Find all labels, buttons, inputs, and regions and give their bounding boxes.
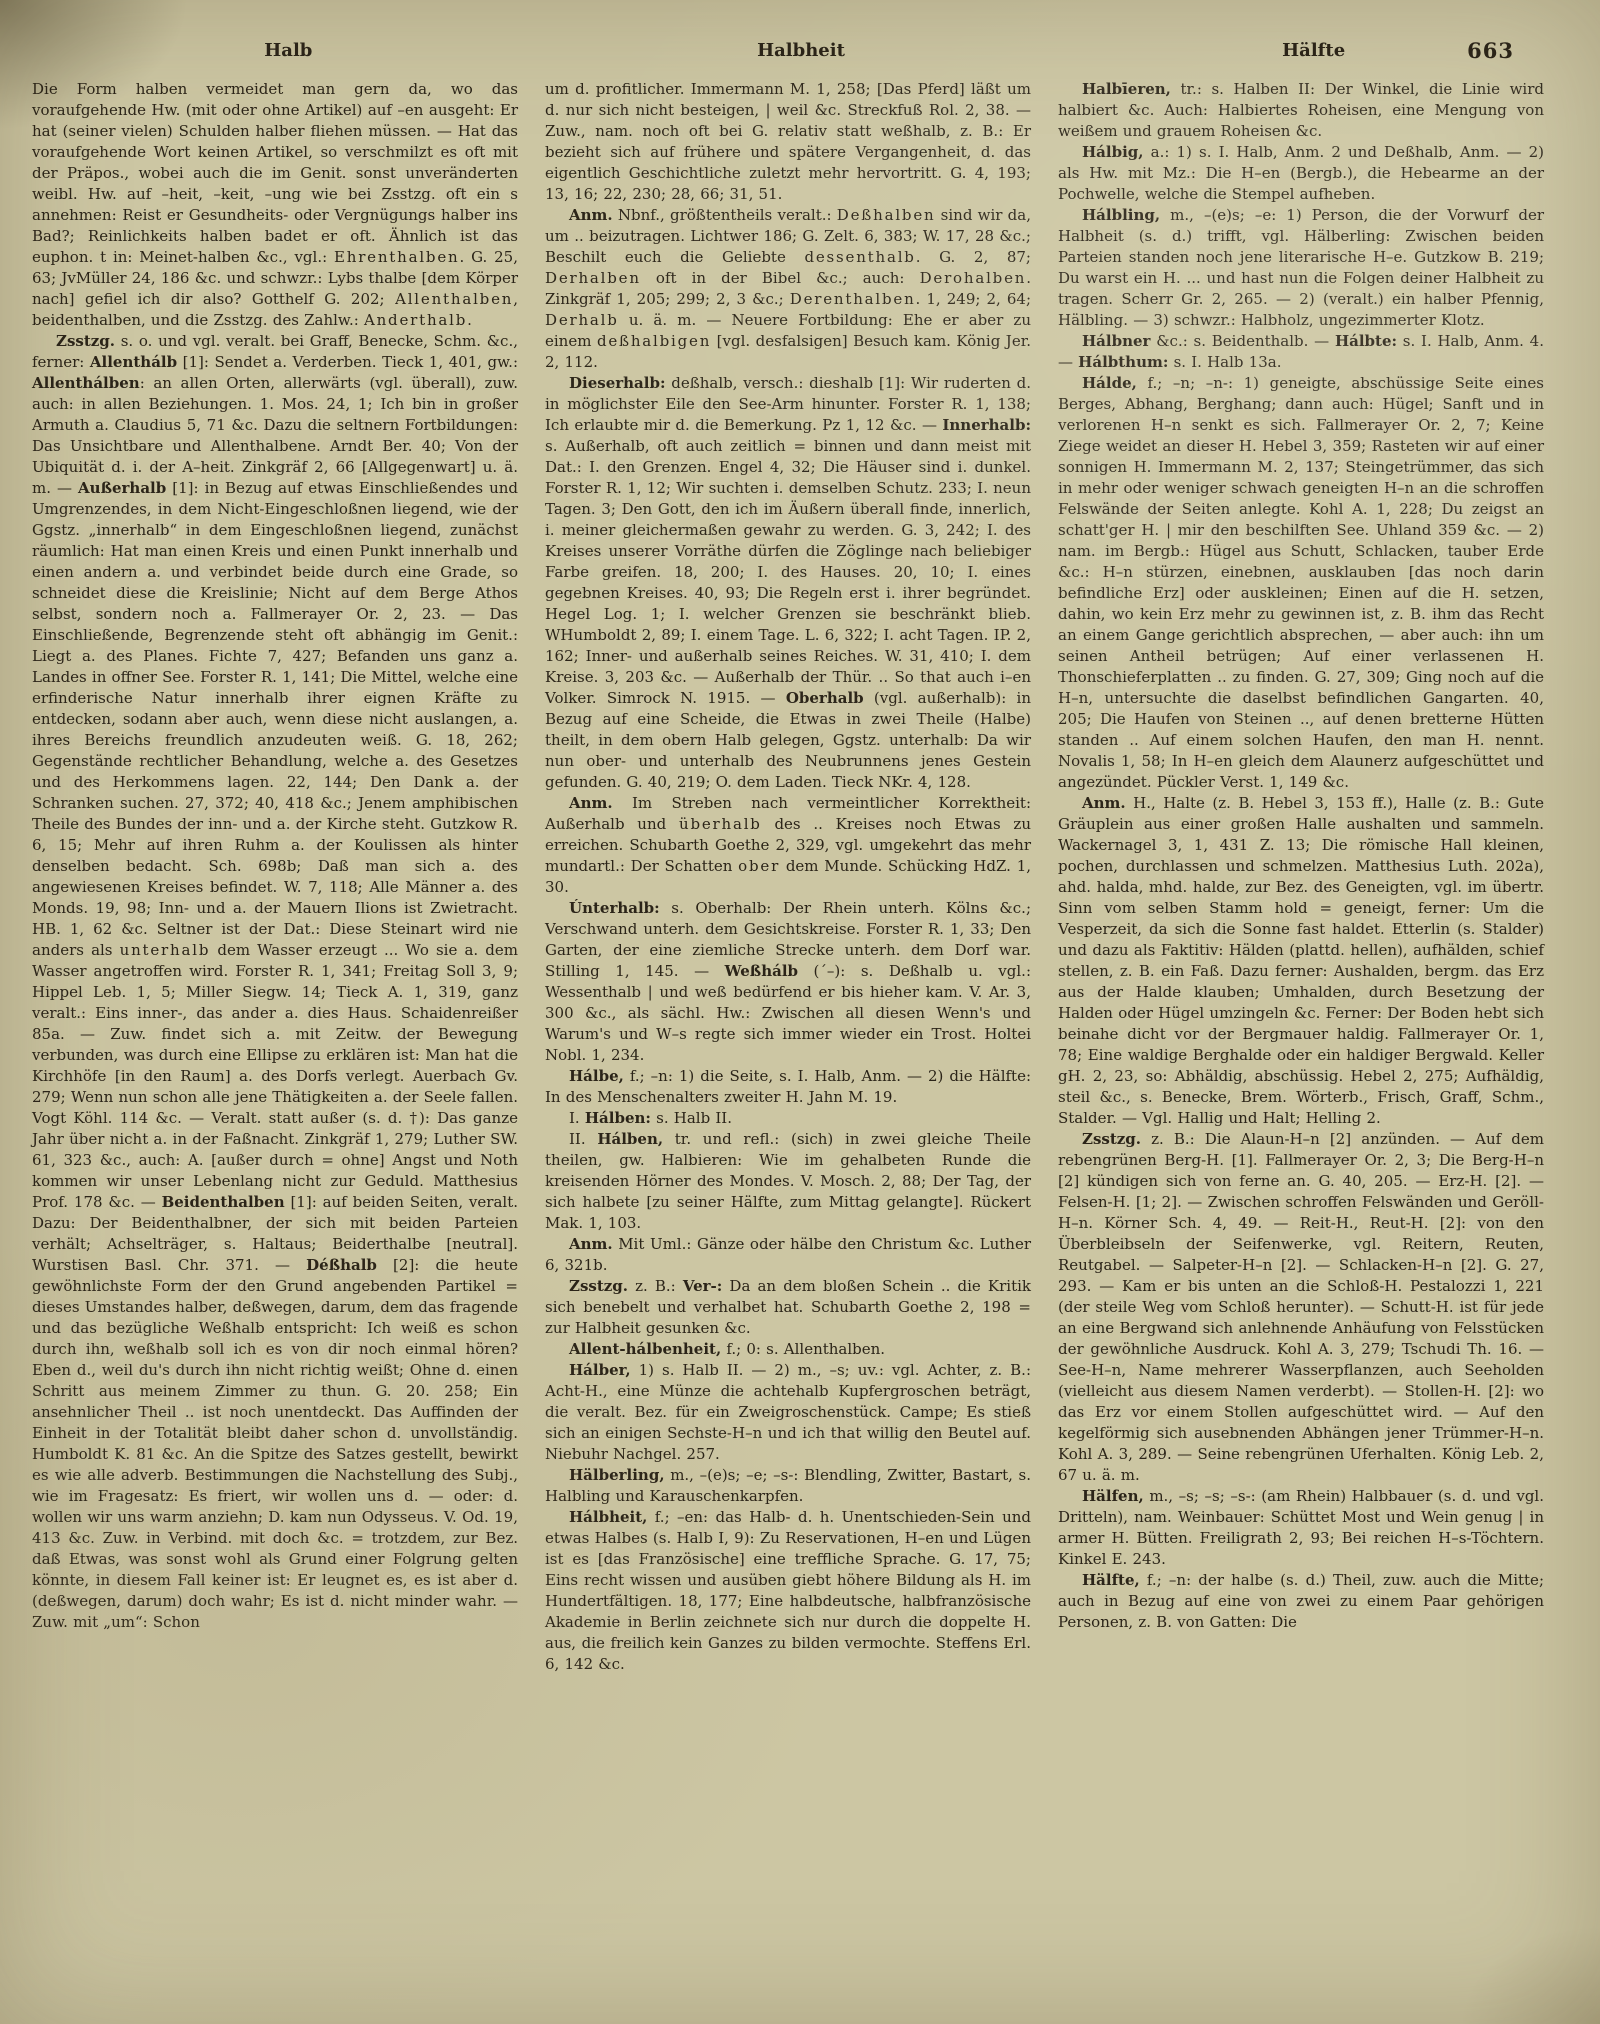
paragraph: Hálbig, a.: 1) s. I. Halb, Anm. 2 und De… (1058, 142, 1544, 205)
text-run: um d. profitlicher. Immermann M. 1, 258;… (545, 80, 1031, 203)
text-run: . (467, 311, 472, 329)
headword: Hálbling, (1082, 206, 1160, 224)
text-run: . G. 2, 87; (916, 248, 1031, 266)
text-columns: Die Form halben vermeidet man gern da, w… (0, 75, 1600, 1675)
paragraph: Hälberling, m., –(e)s; –e; –s-: Blendlin… (545, 1465, 1031, 1507)
text-run: . 1, 249; 2, 64; (916, 290, 1031, 308)
text-run: Derhalben (545, 269, 641, 287)
paragraph: Dieserhalb: deßhalb, versch.: dieshalb [… (545, 373, 1031, 793)
text-run: dem Wasser erzeugt ... Wo sie a. dem Was… (32, 941, 518, 1211)
paragraph: Zsstzg. z. B.: Ver-: Da an dem bloßen Sc… (545, 1276, 1031, 1339)
headword: Hálbheit, (569, 1508, 647, 1526)
paragraph: Hálbe, f.; –n: 1) die Seite, s. I. Halb,… (545, 1066, 1031, 1108)
column-left: Die Form halben vermeidet man gern da, w… (32, 79, 518, 1675)
paragraph: Hälfen, m., –s; –s; –s-: (am Rhein) Halb… (1058, 1486, 1544, 1570)
text-run: f.; –n; –n-: 1) geneigte, abschüssige Se… (1058, 374, 1544, 791)
paragraph: Hálbner &c.: s. Beidenthalb. — Hálbte: s… (1058, 331, 1544, 373)
paragraph: Hálde, f.; –n; –n-: 1) geneigte, abschüs… (1058, 373, 1544, 793)
text-run: Nbnf., größtentheils veralt.: (613, 206, 837, 224)
text-run: [1]: Sendet a. Verderben. Tieck 1, 401, … (177, 353, 518, 371)
paragraph: Zsstzg. z. B.: Die Alaun-H–n [2] anzünde… (1058, 1129, 1544, 1486)
text-run: oft in der Bibel &c.; auch: (641, 269, 920, 287)
headword: Anm. (569, 206, 613, 224)
text-run: I. (569, 1109, 585, 1127)
text-run: Allenthalben (395, 290, 513, 308)
headword: Hálben: (585, 1109, 651, 1127)
text-run: z. B.: Die Alaun-H–n [2] anzünden. — Auf… (1058, 1130, 1544, 1484)
headword: Halbīeren, (1082, 80, 1171, 98)
headword: Allent-hálbenheit, (569, 1340, 721, 1358)
text-run: ober (738, 857, 780, 875)
paragraph: Hálbheit, f.; –en: das Halb- d. h. Unent… (545, 1507, 1031, 1675)
text-run: f.; 0: s. Allenthalben. (721, 1340, 885, 1358)
paragraph: II. Hálben, tr. und refl.: (sich) in zwe… (545, 1129, 1031, 1234)
paragraph: Anm. Nbnf., größtentheils veralt.: Deßha… (545, 205, 1031, 373)
text-run: &c.: s. Beidenthalb. — (1150, 332, 1335, 350)
headword: Dieserhalb: (569, 374, 666, 392)
headword: Hälfte, (1082, 1571, 1140, 1589)
headword: Hálbte: (1335, 332, 1397, 350)
paragraph: Halbīeren, tr.: s. Halben II: Der Winkel… (1058, 79, 1544, 142)
headword: Zsstzg. (1082, 1130, 1141, 1148)
paragraph: Anm. Mit Uml.: Gänze oder hälbe den Chri… (545, 1234, 1031, 1276)
paragraph: Allent-hálbenheit, f.; 0: s. Allenthalbe… (545, 1339, 1031, 1360)
headword: Außerhalb (78, 479, 166, 497)
headword: Hálber, (569, 1361, 631, 1379)
text-run: Derenthalben (790, 290, 916, 308)
text-run: Mit Uml.: Gänze oder hälbe den Christum … (545, 1235, 1031, 1274)
headword: Zsstzg. (569, 1277, 628, 1295)
text-run: Die Form halben vermeidet man gern da, w… (32, 80, 518, 266)
text-run: Derhalb (545, 311, 619, 329)
running-head-left: Halb (32, 40, 545, 61)
column-right: Halbīeren, tr.: s. Halben II: Der Winkel… (1058, 79, 1544, 1675)
paragraph: I. Hálben: s. Halb II. (545, 1108, 1031, 1129)
headword: Hälberling, (569, 1466, 665, 1484)
paragraph: Hälfte, f.; –n: der halbe (s. d.) Theil,… (1058, 1570, 1544, 1633)
text-run: unterhalb (120, 941, 211, 959)
paragraph: Die Form halben vermeidet man gern da, w… (32, 79, 518, 331)
headword: Anm. (569, 1235, 613, 1253)
paragraph: Anm. H., Halte (z. B. Hebel 3, 153 ff.),… (1058, 793, 1544, 1129)
headword: Hálbner (1082, 332, 1150, 350)
text-run: Anderthalb (364, 311, 467, 329)
text-run: f.; –en: das Halb- d. h. Unentschieden-S… (545, 1508, 1031, 1673)
dictionary-page: Halb Halbheit Hälfte 663 Die Form halben… (0, 0, 1600, 2024)
headword: Hálbig, (1082, 143, 1144, 161)
column-middle: um d. profitlicher. Immermann M. 1, 258;… (545, 79, 1031, 1675)
running-head-center: Halbheit (545, 40, 1058, 61)
page-number: 663 (1467, 38, 1514, 63)
paragraph: Hálber, 1) s. Halb II. — 2) m., –s; uv.:… (545, 1360, 1031, 1465)
paragraph: Hálbling, m., –(e)s; –e: 1) Person, die … (1058, 205, 1544, 331)
paragraph: um d. profitlicher. Immermann M. 1, 258;… (545, 79, 1031, 205)
paragraph: Anm. Im Streben nach vermeintlicher Korr… (545, 793, 1031, 898)
headword: Weßhálb (725, 962, 798, 980)
headword: Hálben, (597, 1130, 663, 1148)
text-run: [1]: in Bezug auf etwas Einschließendes … (32, 479, 518, 959)
paragraph: Únterhalb: s. Oberhalb: Der Rhein unterh… (545, 898, 1031, 1066)
headword: Anm. (1082, 794, 1126, 812)
headword: Anm. (569, 794, 613, 812)
text-run: [2]: die heute gewöhnlichste Form der de… (32, 1256, 518, 1631)
headword: Zsstzg. (56, 332, 115, 350)
text-run: z. B.: (628, 1277, 683, 1295)
headword: Ver-: (683, 1277, 722, 1295)
text-run: Derohalben (920, 269, 1027, 287)
text-run: II. (569, 1130, 597, 1148)
headword: Innerhalb: (942, 416, 1031, 434)
headword: Beidenthalben (162, 1193, 285, 1211)
headword: Hálde, (1082, 374, 1137, 392)
text-run: s. Außerhalb, oft auch zeitlich = binnen… (545, 437, 1031, 707)
headword: Únterhalb: (569, 899, 660, 917)
text-run: H., Halte (z. B. Hebel 3, 153 ff.), Hall… (1058, 794, 1544, 1127)
text-run: Ehrenthalben (334, 248, 460, 266)
headword: Hälfen, (1082, 1487, 1144, 1505)
headword: Hálbthum: (1078, 353, 1168, 371)
headword: Allenthálben (32, 374, 140, 392)
text-run: s. I. Halb 13a. (1168, 353, 1281, 371)
headword: Hálbe, (569, 1067, 624, 1085)
headword: Allenthálb (90, 353, 177, 371)
text-run: dessenthalb (804, 248, 915, 266)
text-run: Deßhalben (837, 206, 936, 224)
text-run: überhalb (679, 815, 762, 833)
text-run: deßhalbigen (597, 332, 711, 350)
headword: Oberhalb (786, 689, 864, 707)
paragraph: Zsstzg. s. o. und vgl. veralt. bei Graff… (32, 331, 518, 1633)
text-run: m., –(e)s; –e: 1) Person, die der Vorwur… (1058, 206, 1544, 329)
text-run: s. Halb II. (651, 1109, 732, 1127)
running-header: Halb Halbheit Hälfte 663 (0, 0, 1600, 75)
headword: Déßhalb (306, 1256, 377, 1274)
